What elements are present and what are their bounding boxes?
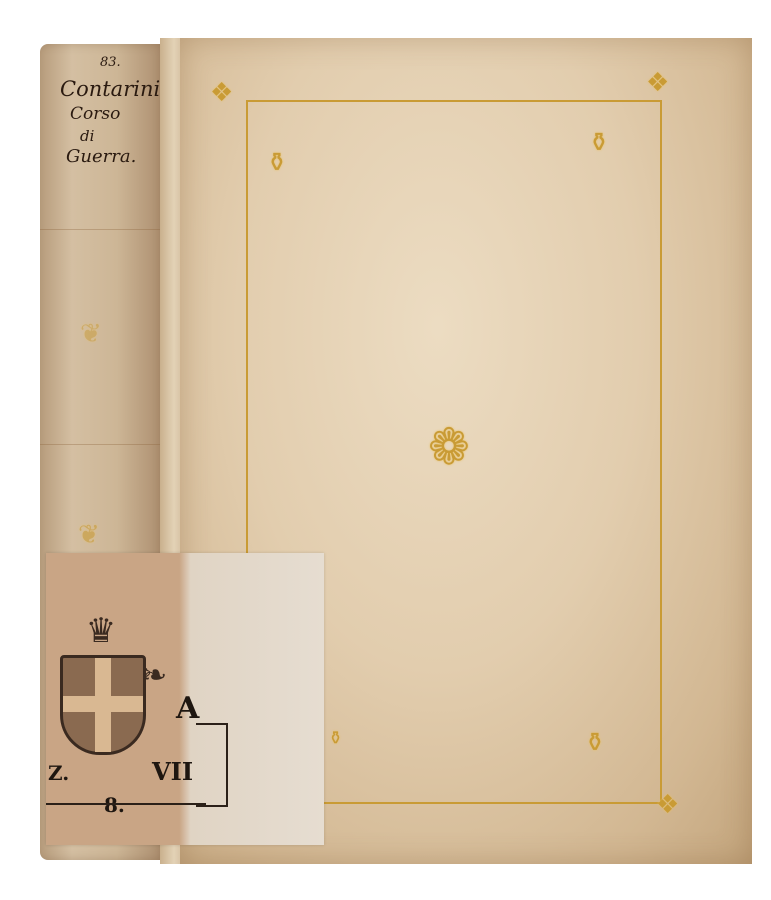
crown-icon: ♛ — [66, 613, 136, 649]
urn-tool-icon: ⚱ — [584, 728, 606, 758]
spine-fleuron-icon: ❦ — [78, 520, 100, 550]
spine-title-line-1: Contarini, — [60, 79, 167, 100]
label-rule — [46, 803, 206, 805]
laurel-wreath-icon: ❁ — [428, 418, 470, 476]
spine-fleuron-icon: ❦ — [80, 319, 102, 349]
corner-fleuron-icon: ❖ — [210, 78, 233, 108]
urn-tool-icon: ⚱ — [328, 728, 343, 749]
label-letter: A — [176, 691, 199, 726]
urn-tool-icon: ⚱ — [588, 128, 610, 158]
savoy-shield-icon — [60, 655, 146, 755]
spine-title-line-2: Corso — [70, 106, 167, 123]
urn-tool-icon: ⚱ — [266, 148, 288, 178]
laurel-branch-icon: ❧ — [142, 658, 167, 693]
corner-fleuron-icon: ❖ — [646, 68, 669, 98]
spine-band — [40, 444, 168, 445]
label-left-mark: Z. — [48, 761, 69, 785]
corner-fleuron-icon: ❖ — [656, 790, 679, 820]
shelf-number: 83. — [100, 56, 167, 69]
label-number: 8. — [104, 793, 125, 817]
spine-band — [40, 229, 168, 230]
library-label: ♛ ❧ A Z. VII 8. — [46, 553, 324, 845]
spine-title: 83. Contarini, Corso di Guerra. — [60, 56, 167, 166]
spine-title-line-3: di — [80, 129, 167, 144]
spine-title-line-4: Guerra. — [66, 148, 167, 166]
label-frame — [196, 723, 228, 807]
label-roman: VII — [152, 757, 193, 786]
book: 83. Contarini, Corso di Guerra. ❦ ❦ ❖ ❖ … — [40, 38, 752, 864]
